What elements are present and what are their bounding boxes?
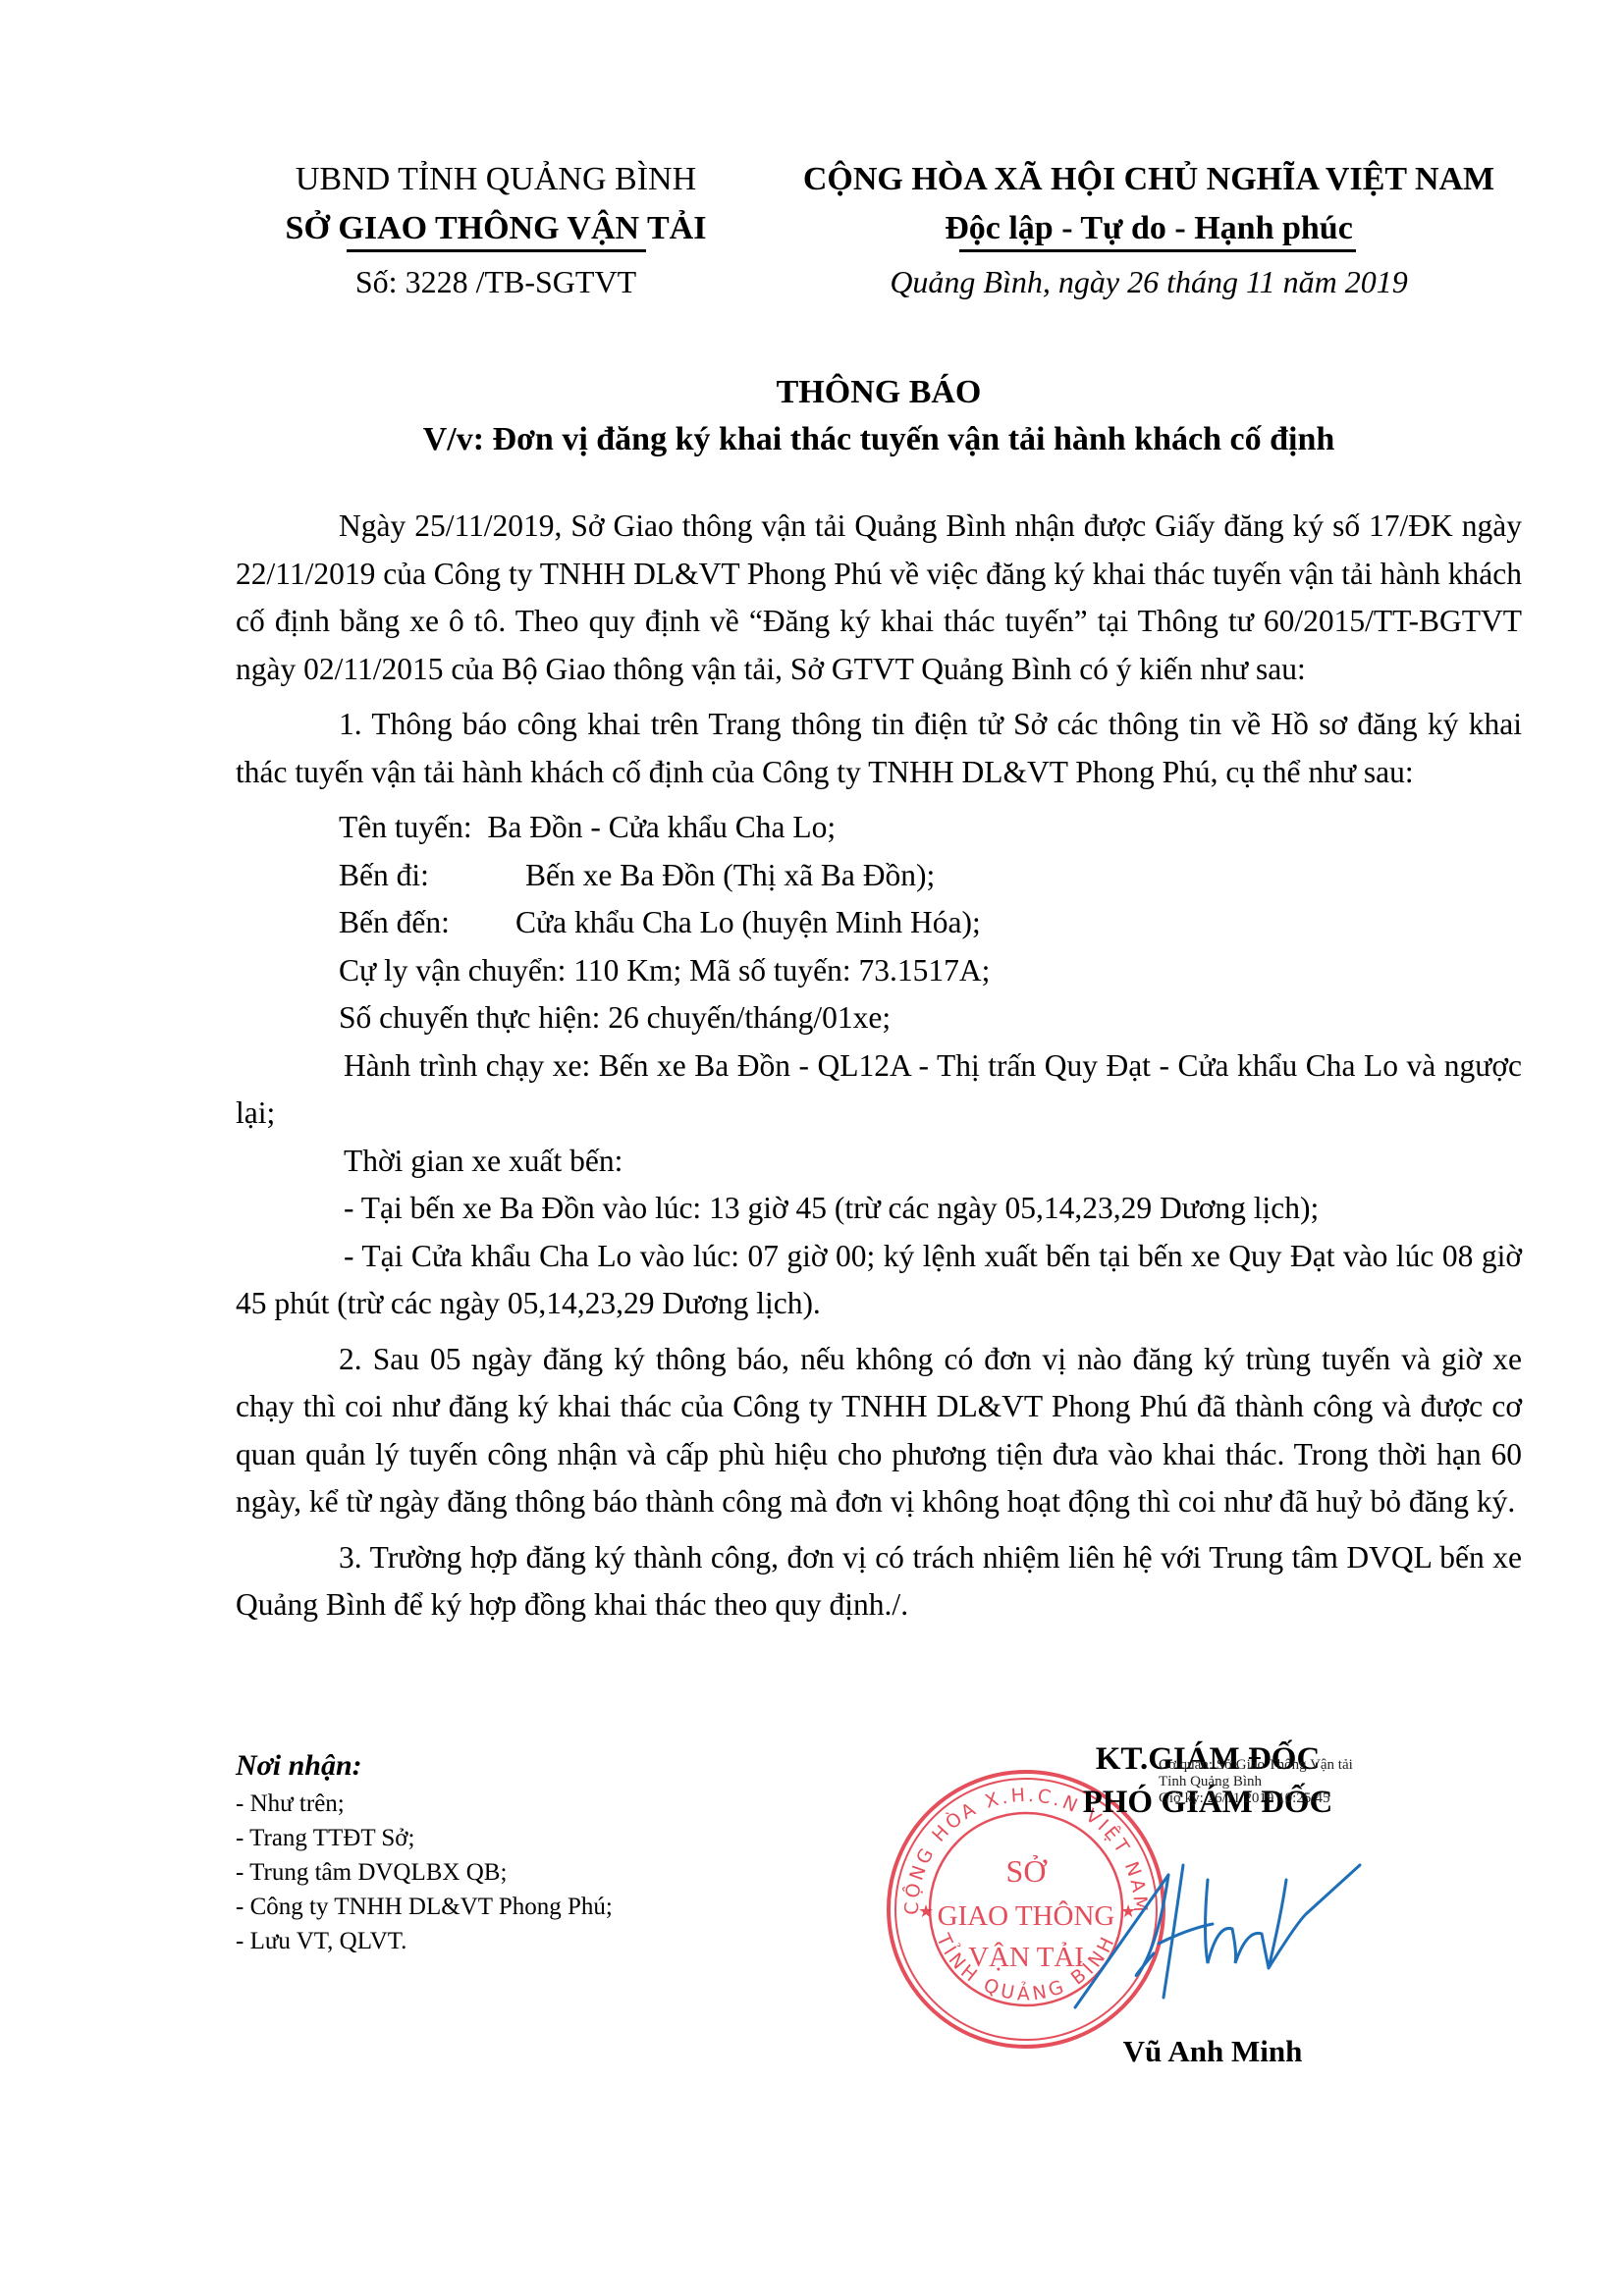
- digital-signature-info: Cơ quan: Sở Giao Thông Vận tải Tỉnh Quản…: [1159, 1757, 1353, 1807]
- route-to-label: Bến đến:: [339, 899, 515, 947]
- signer-name: Vũ Anh Minh: [1041, 2034, 1384, 2069]
- recipient-item: - Trang TTĐT Sở;: [236, 1821, 844, 1855]
- route-itinerary: Hành trình chạy xe: Bến xe Ba Đồn - QL12…: [236, 1042, 1522, 1138]
- svg-text:★: ★: [918, 1901, 934, 1921]
- departure-ba-don: - Tại bến xe Ba Đồn vào lúc: 13 giờ 45 (…: [236, 1185, 1522, 1233]
- issuer-block: UBND TỈNH QUẢNG BÌNH SỞ GIAO THÔNG VẬN T…: [226, 155, 766, 253]
- document-subject: V/v: Đơn vị đăng ký khai thác tuyến vận …: [236, 416, 1522, 463]
- intro-paragraph: Ngày 25/11/2019, Sở Giao thông vận tải Q…: [236, 503, 1522, 693]
- svg-text:SỞ: SỞ: [1006, 1853, 1049, 1889]
- digital-signature-province: Tỉnh Quảng Bình: [1159, 1774, 1353, 1790]
- departure-label: Thời gian xe xuất bến:: [236, 1138, 1522, 1186]
- recipient-item: - Lưu VT, QLVT.: [236, 1924, 844, 1958]
- issuer-underline: [347, 249, 646, 252]
- national-title: CỘNG HÒA XÃ HỘI CHỦ NGHĨA VIỆT NAM: [766, 155, 1532, 204]
- digital-signature-org: Cơ quan: Sở Giao Thông Vận tải: [1159, 1757, 1353, 1774]
- handwritten-signature: [1060, 1836, 1473, 2037]
- route-to-row: Bến đến:Cửa khẩu Cha Lo (huyện Minh Hóa)…: [339, 899, 1522, 947]
- issuer-province: UBND TỈNH QUẢNG BÌNH: [226, 155, 766, 204]
- recipient-item: - Như trên;: [236, 1787, 844, 1821]
- issuer-department: SỞ GIAO THÔNG VẬN TẢI: [226, 204, 766, 253]
- route-distance: Cự ly vận chuyển: 110 Km; Mã số tuyến: 7…: [339, 947, 1522, 995]
- national-title-block: CỘNG HÒA XÃ HỘI CHỦ NGHĨA VIỆT NAM Độc l…: [766, 155, 1532, 253]
- route-name-label: Tên tuyến:: [339, 810, 472, 844]
- item-2-paragraph: 2. Sau 05 ngày đăng ký thông báo, nếu kh…: [236, 1336, 1522, 1526]
- document-title: THÔNG BÁO: [236, 369, 1522, 416]
- recipient-item: - Công ty TNHH DL&VT Phong Phú;: [236, 1890, 844, 1924]
- document-number: Số: 3228 /TB-SGTVT: [226, 257, 766, 306]
- recipients-block: Nơi nhận: - Như trên; - Trang TTĐT Sở; -…: [236, 1745, 844, 1958]
- item-1-paragraph: 1. Thông báo công khai trên Trang thông …: [236, 701, 1522, 796]
- route-to-value: Cửa khẩu Cha Lo (huyện Minh Hóa);: [515, 905, 981, 939]
- motto-underline: [959, 249, 1356, 252]
- place-date: Quảng Bình, ngày 26 tháng 11 năm 2019: [766, 257, 1532, 306]
- recipient-item: - Trung tâm DVQLBX QB;: [236, 1855, 844, 1890]
- route-name-value: Ba Đồn - Cửa khẩu Cha Lo;: [487, 810, 836, 844]
- document-body: Ngày 25/11/2019, Sở Giao thông vận tải Q…: [236, 503, 1522, 1629]
- route-from-value: Bến xe Ba Đồn (Thị xã Ba Đồn);: [525, 858, 935, 892]
- recipients-label: Nơi nhận:: [236, 1745, 844, 1787]
- route-from-label: Bến đi:: [339, 852, 525, 900]
- national-motto: Độc lập - Tự do - Hạnh phúc: [766, 204, 1532, 253]
- departure-cha-lo: - Tại Cửa khẩu Cha Lo vào lúc: 07 giờ 00…: [236, 1233, 1522, 1328]
- signature-icon: [1060, 1836, 1473, 2032]
- digital-signature-time: Giờ ký: 26/11/2019 10:25:45: [1159, 1790, 1353, 1807]
- route-details: Tên tuyến: Ba Đồn - Cửa khẩu Cha Lo; Bến…: [236, 804, 1522, 1042]
- route-trips: Số chuyến thực hiện: 26 chuyến/tháng/01x…: [339, 994, 1522, 1042]
- route-name-row: Tên tuyến: Ba Đồn - Cửa khẩu Cha Lo;: [339, 804, 1522, 852]
- route-from-row: Bến đi:Bến xe Ba Đồn (Thị xã Ba Đồn);: [339, 852, 1522, 900]
- item-3-paragraph: 3. Trường hợp đăng ký thành công, đơn vị…: [236, 1534, 1522, 1629]
